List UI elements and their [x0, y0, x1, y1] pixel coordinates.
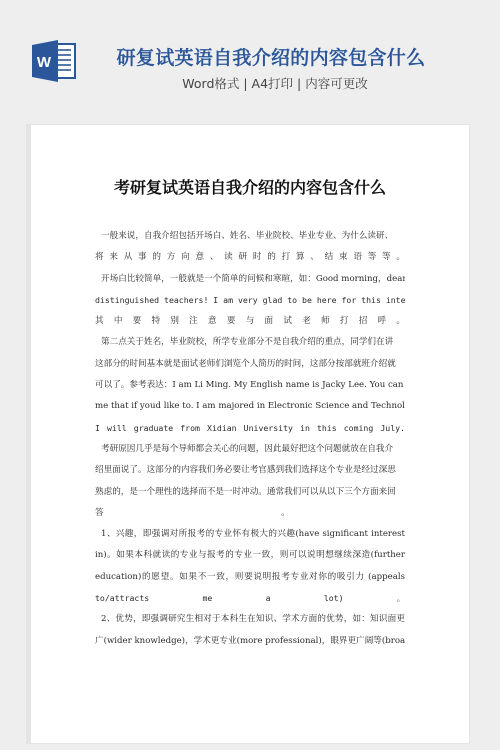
body-line: education)的愿望。如果不一致，则要说明报考专业对你的吸引力 (appe… [95, 567, 405, 588]
body-line: me that if youd like to. I am majored in… [95, 396, 405, 417]
body-line: to/attracts me a lot) 。 [95, 588, 405, 609]
body-line: 其 中 要 特 别 注 意 要 与 面 试 老 师 打 招 呼 。 [95, 311, 405, 332]
word-icon: W [31, 40, 77, 82]
body-line: 答 。 [95, 503, 405, 524]
body-line: 考研原因几乎是每个导师都会关心的问题，因此最好把这个问题就放在自我介 [95, 439, 405, 460]
body-line: 第二点关于姓名，毕业院校，所学专业部分不是自我介绍的重点，同学们在讲 [95, 332, 405, 353]
body-line: 开场白比较简单，一般就是一个简单的问候和寒暄，如：Good morning，de… [95, 269, 405, 290]
body-line: 将 来 从 事 的 方 向 意 、 读 研 时 的 打 算 、 结 束 语 等 … [95, 247, 405, 268]
body-line: 绍里面说了。这部分的内容我们务必要让考官感到我们选择这个专业是经过深思 [95, 460, 405, 481]
svg-text:W: W [37, 54, 52, 71]
body-line: 可以了。参考表达：I am Li Ming. My English name i… [95, 375, 405, 396]
header-title: 研复试英语自我介绍的内容包含什么 [110, 45, 432, 71]
header-subtitle: Word格式 | A4打印 | 内容可更改 [110, 75, 440, 93]
document-body: 一般来说，自我介绍包括开场白、姓名、毕业院校、毕业专业、为什么读研、 将 来 从… [95, 226, 405, 652]
body-line: 2、优势，即强调研究生相对于本科生在知识、学术方面的优势，如：知识面更 [95, 609, 405, 630]
document-title: 考研复试英语自我介绍的内容包含什么 [31, 177, 469, 199]
body-line: distinguished teachers! I am very glad t… [95, 290, 405, 311]
body-line: in)。如果本科就读的专业与报考的专业一致，则可以说明想继续深造(further [95, 545, 405, 566]
body-line: 广(wider knowledge)，学术更专业(more profession… [95, 631, 405, 652]
document-page: 考研复试英语自我介绍的内容包含什么 一般来说，自我介绍包括开场白、姓名、毕业院校… [31, 125, 469, 743]
body-line: 这部分的时间基本就是面试老师们浏览个人简历的时间，这部分按部就班介绍就 [95, 354, 405, 375]
body-line: I will graduate from Xidian University i… [95, 418, 405, 439]
page-header: W 研复试英语自我介绍的内容包含什么 Word格式 | A4打印 | 内容可更改 [0, 0, 500, 120]
body-line: 一般来说，自我介绍包括开场白、姓名、毕业院校、毕业专业、为什么读研、 [95, 226, 405, 247]
body-line: 熟虑的，是一个理性的选择而不是一时冲动。通常我们可以从以下三个方面来回 [95, 482, 405, 503]
body-line: 1、兴趣，即强调对所报考的专业怀有极大的兴趣(have significant … [95, 524, 405, 545]
